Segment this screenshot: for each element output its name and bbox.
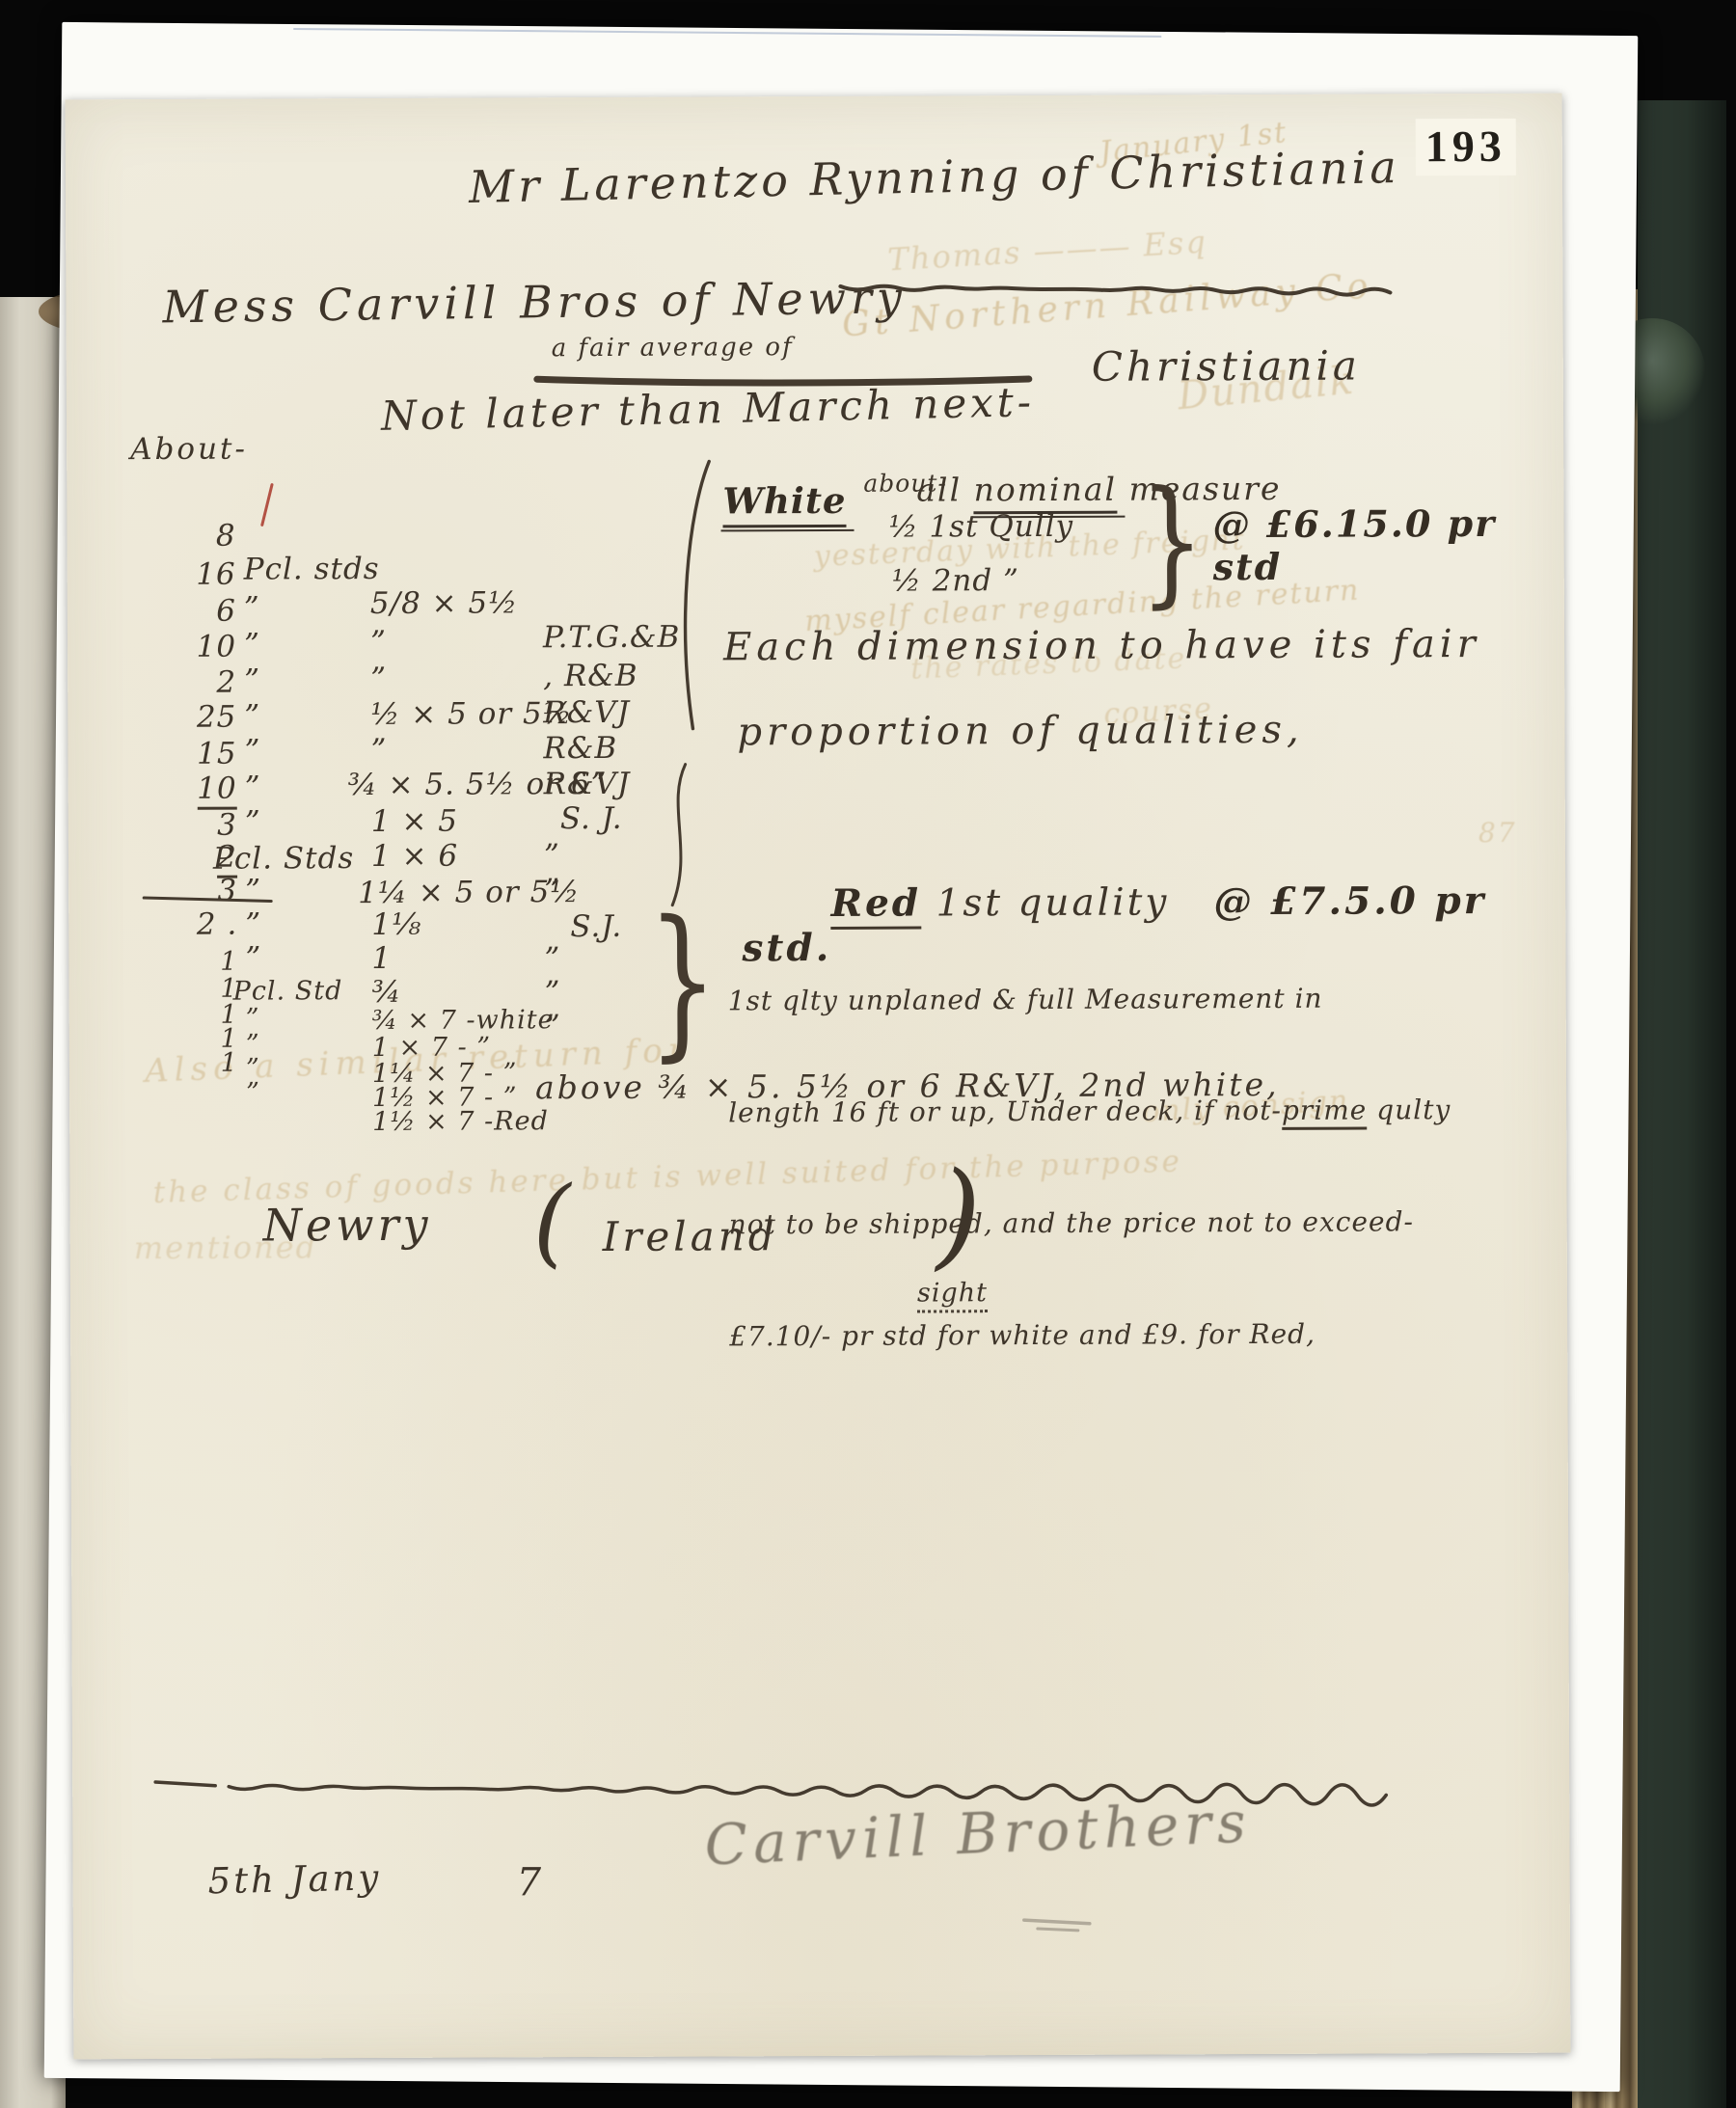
signature: Carvill Brothers [703,1789,1253,1878]
terms-line-1: 1st qlty unplaned & full Measurement in [728,980,1558,1020]
terms-line-4: £7.10/- pr std for white and £9. for Red… [729,1315,1559,1356]
inserted-note: a fair average of [552,334,794,364]
table-row: 25 ” ¾ × 5. 5½ or 6” S. J. [68,664,704,706]
ledger-page: 193 January 1st Thomas ——— Esq Gt Northe… [66,94,1571,2060]
table-row: 1 ” 1½ × 7 -Red [69,1016,706,1048]
measure-word: nominal [973,471,1117,515]
deadline-line: Not later than March next- [381,379,1036,440]
place-country: Ireland [603,1213,778,1260]
dimension-note-1: Each dimension to have its fair [723,622,1480,669]
ghost-line: Thomas ——— Esq [886,224,1207,279]
page-number: 193 [1416,119,1516,176]
terms-brace: } [647,899,718,1064]
white-brace: } [1139,473,1205,610]
size: 1½ × 7 -Red [372,1106,549,1137]
date-numeral: 7 [517,1860,543,1905]
table-row: 16 ” ” , R&B [67,522,703,563]
table-row: 8 Pcl. stds 5/8 × 5½ P.T.G.&B [67,483,703,525]
date-day: 5th Jany [207,1857,382,1902]
white-price: @ £6.15.0 pr std [1212,502,1563,588]
table-row: 2 . ” ¾ ” [68,872,705,913]
white-label: White [722,480,846,522]
sheet-edge-line [293,28,1161,38]
paren-close: ) [936,1149,982,1282]
ghost-line: Gt Northern Railway Co [841,266,1374,345]
white-about: about- [863,470,947,498]
prime-word: prime [1282,1095,1368,1130]
table-row: 10 ” 1 × 6 ” [68,736,704,777]
sender-line: Mess Carvill Bros of Newry [162,272,907,333]
qty: 1 [94,1048,238,1079]
scanned-ledger-photo: 193 January 1st Thomas ——— Esq Gt Northe… [0,0,1736,2108]
dimension-note-2: proportion of qualities, [737,708,1303,755]
terms-block: 1st qlty unplaned & full Measurement in … [727,905,1559,1430]
about-label: About- [130,433,248,468]
above-line: above ¾ × 5. 5½ or 6 R&VJ, 2nd white, [535,1067,1280,1106]
sight-label: sight [917,1278,988,1308]
white-quality-1: ½ 1st Qully [888,510,1073,545]
unit: ” [246,1078,260,1108]
white-quality-2: ½ 2nd ” [892,564,1019,599]
terms-line-3: not to be shipped, and the price not to … [729,1203,1559,1244]
place-city: Newry [263,1200,432,1252]
destination-line: Christiania [1092,343,1361,392]
paren-open: ( [532,1166,572,1277]
addressee-line: Mr Larentzo Rynning of Christiania [468,142,1400,213]
